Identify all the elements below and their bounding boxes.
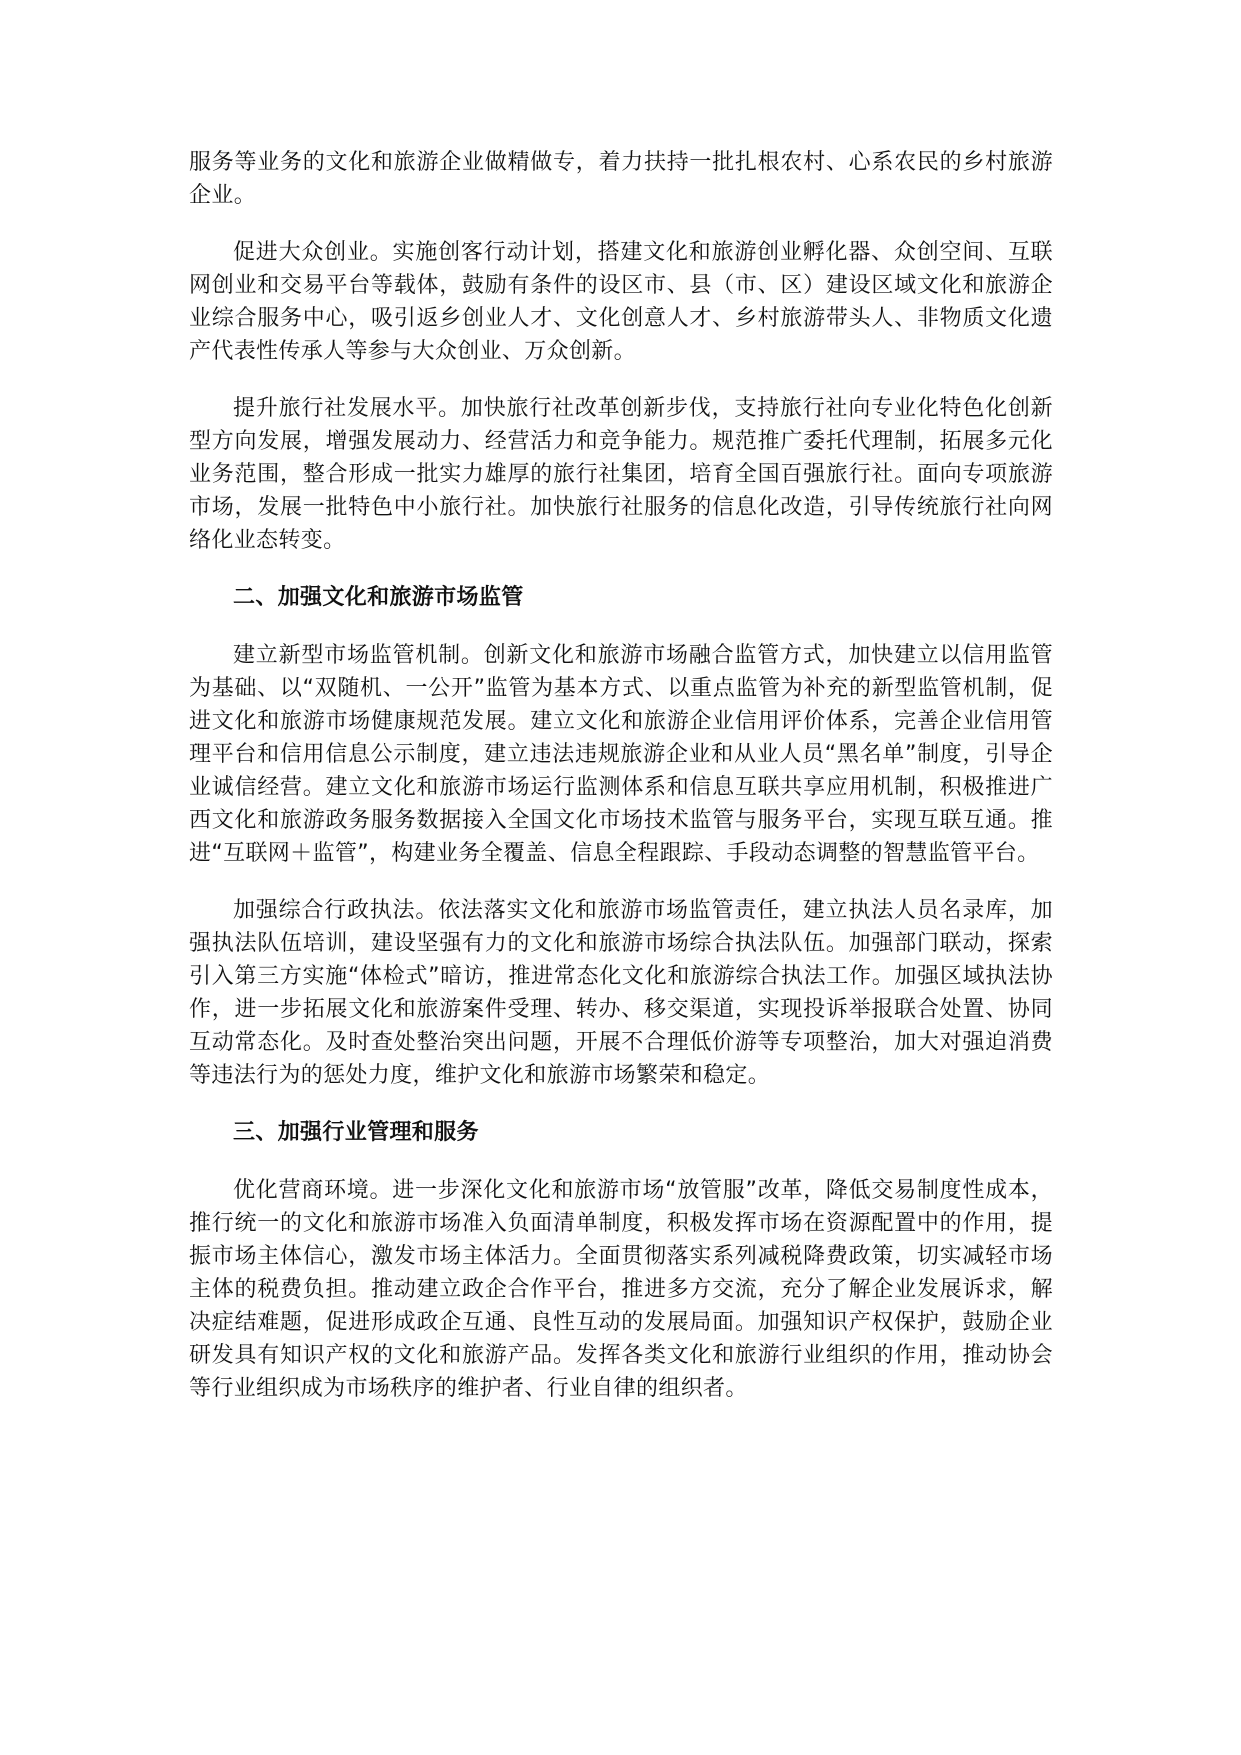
paragraph-comprehensive-law-enforcement: 加强综合行政执法。依法落实文化和旅游市场监管责任，建立执法人员名录库，加强执法队… — [189, 894, 1053, 1092]
paragraph-mass-entrepreneurship: 促进大众创业。实施创客行动计划，搭建文化和旅游创业孵化器、众创空间、互联网创业和… — [189, 236, 1053, 368]
paragraph-travel-agency-development: 提升旅行社发展水平。加快旅行社改革创新步伐，支持旅行社向专业化特色化创新型方向发… — [189, 392, 1053, 557]
paragraph-business-environment: 优化营商环境。进一步深化文化和旅游市场“放管服”改革，降低交易制度性成本，推行统… — [189, 1174, 1053, 1405]
document-page: 服务等业务的文化和旅游企业做精做专，着力扶持一批扎根农村、心系农民的乡村旅游企业… — [189, 146, 1053, 1429]
paragraph-new-supervision-mechanism: 建立新型市场监管机制。创新文化和旅游市场融合监管方式，加快建立以信用监管为基础、… — [189, 639, 1053, 870]
paragraph-continuation-rural-enterprises: 服务等业务的文化和旅游企业做精做专，着力扶持一批扎根农村、心系农民的乡村旅游企业… — [189, 146, 1053, 212]
section-heading-industry-management: 三、加强行业管理和服务 — [189, 1116, 1053, 1149]
section-heading-market-supervision: 二、加强文化和旅游市场监管 — [189, 581, 1053, 614]
